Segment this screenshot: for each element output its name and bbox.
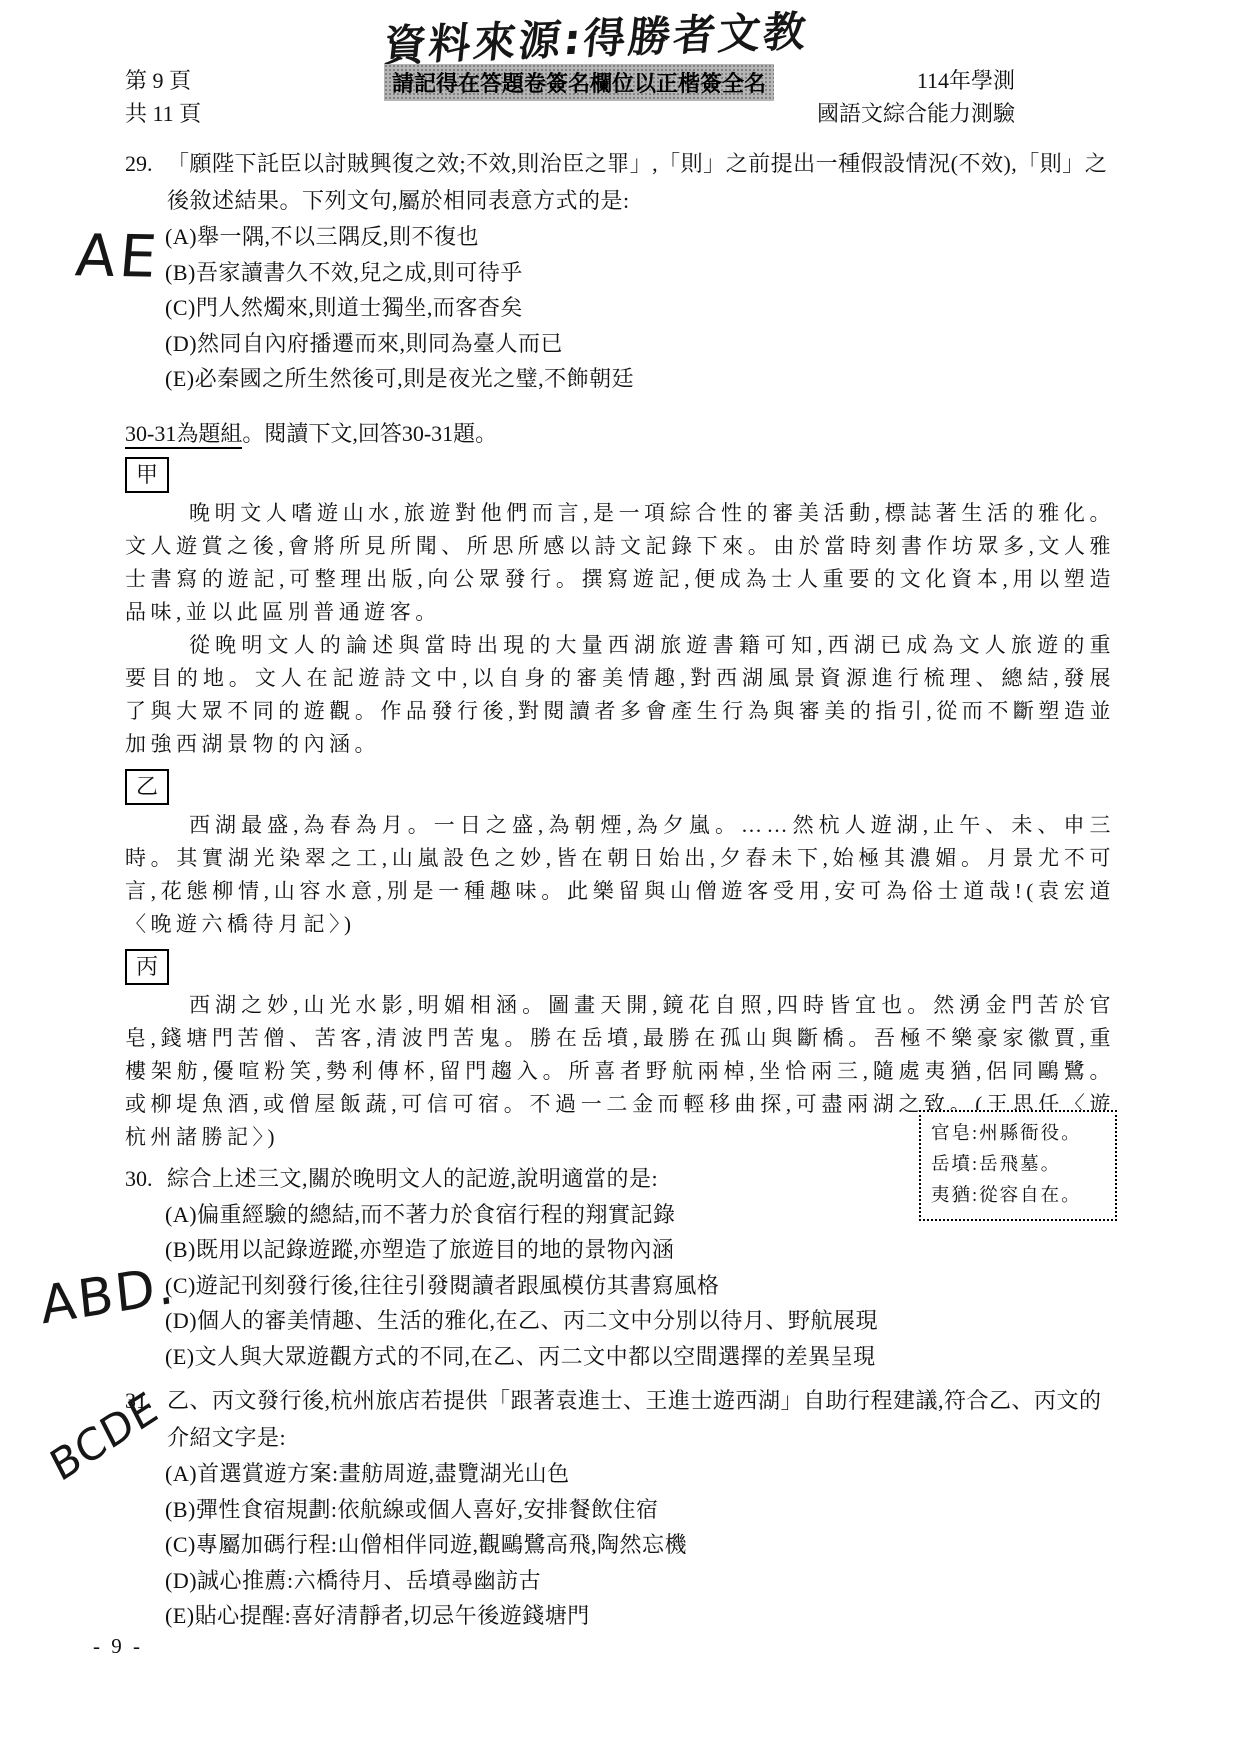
question-29-stem: 「願陛下託臣以討賊興復之效;不效,則治臣之罪」,「則」之前提出一種假設情況(不效…	[167, 145, 1115, 219]
passage-yi-section: 乙 西湖最盛,為春為月。一日之盛,為朝煙,為夕嵐。……然杭人遊湖,止午、未、申三…	[125, 761, 1115, 941]
passage-jia-paragraph-2: 從晚明文人的論述與當時出現的大量西湖旅遊書籍可知,西湖已成為文人旅遊的重要目的地…	[125, 629, 1115, 761]
passage-bing-label: 丙	[125, 949, 169, 985]
passage-jia-section: 甲 晚明文人嗜遊山水,旅遊對他們而言,是一項綜合性的審美活動,標誌著生活的雅化。…	[125, 449, 1115, 761]
page-number-label: 第 9 頁	[125, 64, 201, 97]
handwritten-answer-q29: AE	[73, 221, 163, 290]
question-29-option-b: (B)吾家讀書久不效,兒之成,則可待乎	[165, 255, 1115, 291]
passage-jia-paragraph-1: 晚明文人嗜遊山水,旅遊對他們而言,是一項綜合性的審美活動,標誌著生活的雅化。文人…	[125, 497, 1115, 629]
passage-yi-label: 乙	[125, 769, 169, 805]
note-line-guanzao: 官皂:州縣衙役。	[931, 1119, 1105, 1150]
question-31-option-e: (E)貼心提醒:喜好清靜者,切忌午後遊錢塘門	[165, 1598, 1115, 1634]
question-29-option-d: (D)然同自內府播遷而來,則同為臺人而已	[165, 326, 1115, 362]
footer-page-number: - 9 -	[93, 1634, 143, 1659]
exam-info: 114年學測 國語文綜合能力測驗	[817, 64, 1015, 130]
note-line-yiyou: 夷猶:從容自在。	[931, 1181, 1105, 1212]
signature-notice: 請記得在答題卷簽名欄位以正楷簽全名	[384, 64, 774, 101]
page-info: 第 9 頁 共 11 頁	[125, 64, 201, 130]
question-30-option-e: (E)文人與大眾遊觀方式的不同,在乙、丙二文中都以空間選擇的差異呈現	[165, 1339, 1115, 1375]
exam-subject-label: 國語文綜合能力測驗	[817, 97, 1015, 130]
question-group-header: 30-31為題組。閱讀下文,回答30-31題。	[125, 419, 1115, 449]
question-31-stem: 乙、丙文發行後,杭州旅店若提供「跟著袁進士、王進士遊西湖」自助行程建議,符合乙、…	[167, 1382, 1115, 1456]
group-header-underlined: 30-31為題組	[125, 421, 242, 449]
exam-content: 29. 「願陛下託臣以討賊興復之效;不效,則治臣之罪」,「則」之前提出一種假設情…	[125, 145, 1115, 1634]
exam-page: 資料來源:得勝者文教 第 9 頁 共 11 頁 請記得在答題卷簽名欄位以正楷簽全…	[0, 0, 1242, 1756]
question-31-option-a: (A)首選賞遊方案:畫舫周遊,盡覽湖光山色	[165, 1456, 1115, 1492]
group-header-rest: 。閱讀下文,回答30-31題。	[242, 421, 497, 446]
page-total-label: 共 11 頁	[125, 97, 201, 130]
passage-jia-label: 甲	[125, 457, 169, 493]
question-31-option-b: (B)彈性食宿規劃:依航線或個人喜好,安排餐飲住宿	[165, 1492, 1115, 1528]
question-29-option-c: (C)門人然燭來,則道士獨坐,而客杳矣	[165, 290, 1115, 326]
question-29-option-a: (A)舉一隅,不以三隅反,則不復也	[165, 219, 1115, 255]
passage-jia: 晚明文人嗜遊山水,旅遊對他們而言,是一項綜合性的審美活動,標誌著生活的雅化。文人…	[125, 497, 1115, 761]
question-31-option-c: (C)專屬加碼行程:山僧相伴同遊,觀鷗鷺高飛,陶然忘機	[165, 1527, 1115, 1563]
exam-year-label: 114年學測	[817, 64, 1015, 97]
handwritten-source-title: 資料來源:得勝者文教	[381, 0, 812, 74]
passage-yi: 西湖最盛,為春為月。一日之盛,為朝煙,為夕嵐。……然杭人遊湖,止午、未、申三時。…	[125, 809, 1115, 941]
question-30-option-b: (B)既用以記錄遊蹤,亦塑造了旅遊目的地的景物內涵	[165, 1232, 1115, 1268]
question-30-number: 30.	[125, 1160, 167, 1197]
vocabulary-note-box: 官皂:州縣衙役。 岳墳:岳飛墓。 夷猶:從容自在。	[919, 1110, 1117, 1221]
passage-yi-paragraph-1: 西湖最盛,為春為月。一日之盛,為朝煙,為夕嵐。……然杭人遊湖,止午、未、申三時。…	[125, 809, 1115, 941]
question-30-option-c: (C)遊記刊刻發行後,往往引發閱讀者跟風模仿其書寫風格	[165, 1268, 1115, 1304]
question-31-option-d: (D)誠心推薦:六橋待月、岳墳尋幽訪古	[165, 1563, 1115, 1599]
question-31: 31. 乙、丙文發行後,杭州旅店若提供「跟著袁進士、王進士遊西湖」自助行程建議,…	[125, 1382, 1115, 1456]
question-30-option-d: (D)個人的審美情趣、生活的雅化,在乙、丙二文中分別以待月、野航展現	[165, 1303, 1115, 1339]
note-line-yuefen: 岳墳:岳飛墓。	[931, 1150, 1105, 1181]
question-29: 29. 「願陛下託臣以討賊興復之效;不效,則治臣之罪」,「則」之前提出一種假設情…	[125, 145, 1115, 219]
question-29-number: 29.	[125, 145, 167, 219]
question-29-option-e: (E)必秦國之所生然後可,則是夜光之璧,不飾朝廷	[165, 361, 1115, 397]
